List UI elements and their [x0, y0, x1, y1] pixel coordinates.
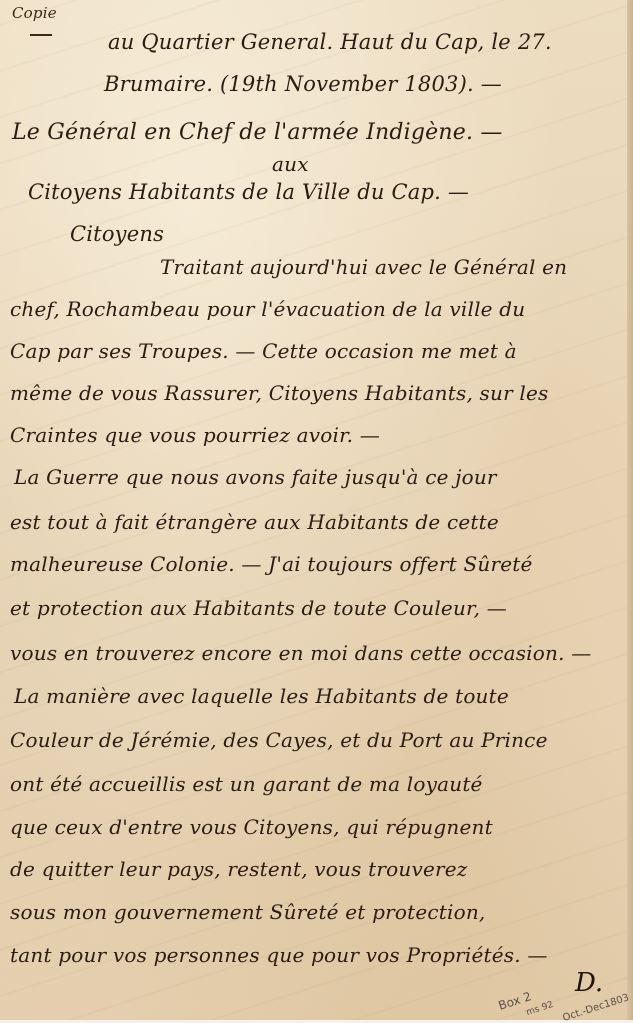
body-line-3: Cap par ses Troupes. — Cette occasion me… [10, 339, 517, 363]
body-line-11: La manière avec laquelle les Habitants d… [14, 684, 509, 708]
header-date: Brumaire. (19th November 1803). — [104, 72, 502, 96]
body-line-10: vous en trouverez encore en moi dans cet… [10, 641, 591, 665]
body-line-16: sous mon gouvernement Sûreté et protecti… [10, 900, 486, 924]
body-line-13: ont été accueillis est un garant de ma l… [10, 772, 483, 796]
page-edge [627, 0, 633, 1023]
title-from: Le Général en Chef de l'armée Indigène. … [12, 120, 503, 145]
body-line-15: de quitter leur pays, restent, vous trou… [10, 857, 468, 881]
margin-note-underline [30, 34, 52, 36]
body-line-1: Traitant aujourd'hui avec le Général en [160, 255, 567, 279]
margin-note-copie: Copie [12, 4, 57, 22]
body-line-6: La Guerre que nous avons faite jusqu'à c… [14, 465, 497, 489]
body-line-2: chef, Rochambeau pour l'évacuation de la… [10, 297, 525, 321]
body-line-7: est tout à fait étrangère aux Habitants … [10, 510, 499, 534]
body-line-4: même de vous Rassurer, Citoyens Habitant… [10, 381, 549, 405]
header-place-date: au Quartier General. Haut du Cap, le 27. [108, 30, 552, 54]
salutation: Citoyens [70, 222, 164, 246]
body-line-9: et protection aux Habitants de toute Cou… [10, 596, 507, 620]
title-recipients: Citoyens Habitants de la Ville du Cap. — [28, 180, 469, 204]
body-line-14: que ceux d'entre vous Citoyens, qui répu… [10, 815, 493, 839]
manuscript-page: Copie au Quartier General. Haut du Cap, … [0, 0, 633, 1023]
body-line-8: malheureuse Colonie. — J'ai toujours off… [10, 552, 533, 576]
signature-mark: D. [575, 968, 603, 998]
body-line-5: Craintes que vous pourriez avoir. — [10, 423, 380, 447]
body-line-12: Couleur de Jérémie, des Cayes, et du Por… [10, 728, 548, 752]
body-line-17: tant pour vos personnes que pour vos Pro… [10, 943, 548, 967]
title-to-word: aux [272, 152, 309, 176]
